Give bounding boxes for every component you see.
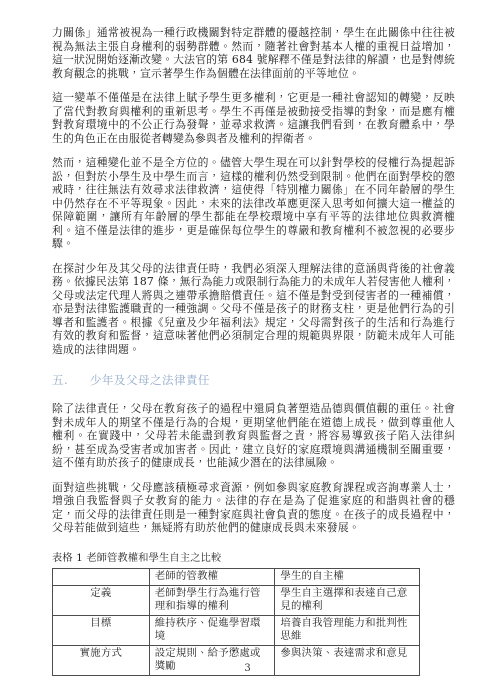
table-header-student: 學生的自主權 — [275, 568, 420, 585]
table-row: 目標 維持秩序、促進學習環境 培養自我管理能力和批判性思維 — [53, 615, 420, 645]
table-caption: 表格 1 老師管教權和學生自主之比較 — [52, 549, 455, 564]
paragraph-2: 這一變革不僅僅是在法律上賦予學生更多權利，它更是一種社會認知的轉變，反映了當代對… — [52, 91, 455, 145]
table-header-row: 老師的管教權 學生的自主權 — [53, 568, 420, 585]
table-header-teacher: 老師的管教權 — [149, 568, 275, 585]
table-header-empty — [53, 568, 150, 585]
section-heading: 五.少年及父母之法律責任 — [52, 372, 455, 388]
cell-goal-teacher: 維持秩序、促進學習環境 — [149, 615, 275, 645]
page-number: 3 — [0, 663, 495, 674]
paragraph-5: 除了法律責任，父母在教育孩子的過程中還肩負著塑造品德與價值觀的重任。社會對未成年… — [52, 402, 455, 470]
comparison-table: 老師的管教權 學生的自主權 定義 老師對學生行為進行管理和指導的權利 學生自主選… — [52, 568, 420, 676]
document-body: 力關係」通常被視為一種行政機關對特定群體的優越控制，學生在此關係中往往被視為無法… — [52, 26, 455, 676]
section-number: 五. — [52, 372, 90, 388]
row-label-definition: 定義 — [53, 585, 150, 615]
paragraph-6: 面對這些挑戰，父母應該積極尋求資源，例如參與家庭教育課程或咨詢專業人士，增強自我… — [52, 481, 455, 535]
table-row: 定義 老師對學生行為進行管理和指導的權利 學生自主選擇和表達自己意見的權利 — [53, 585, 420, 615]
paragraph-1: 力關係」通常被視為一種行政機關對特定群體的優越控制，學生在此關係中往往被視為無法… — [52, 26, 455, 80]
document-page: 力關係」通常被視為一種行政機關對特定群體的優越控制，學生在此關係中往往被視為無法… — [0, 0, 495, 700]
cell-goal-student: 培養自我管理能力和批判性思維 — [275, 615, 420, 645]
section-title: 少年及父母之法律責任 — [90, 373, 210, 387]
paragraph-3: 然而，這種變化並不是全方位的。儘管大學生現在可以針對學校的侵權行為提起訴訟，但對… — [52, 156, 455, 251]
cell-definition-student: 學生自主選擇和表達自己意見的權利 — [275, 585, 420, 615]
cell-definition-teacher: 老師對學生行為進行管理和指導的權利 — [149, 585, 275, 615]
row-label-goal: 目標 — [53, 615, 150, 645]
paragraph-4: 在探討少年及其父母的法律責任時，我們必須深入理解法律的意涵與背後的社會義務。依據… — [52, 262, 455, 357]
